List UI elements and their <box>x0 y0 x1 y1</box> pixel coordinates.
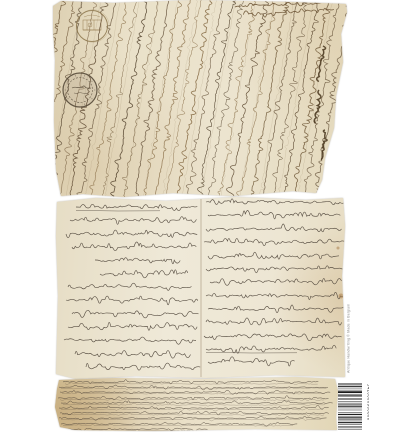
letter-middle <box>56 196 345 379</box>
letter-top <box>53 0 347 201</box>
letter-middle-wrapper <box>56 196 345 379</box>
postmark-stamp-icon <box>63 73 97 107</box>
handwriting-mid <box>56 196 345 379</box>
letter-top-wrapper <box>53 0 347 201</box>
credit-text: Antique Handwriting © Made in Belgium <box>347 298 351 373</box>
barcode-svg: 5420000900806 <box>338 382 369 432</box>
signature-flourish <box>314 90 322 124</box>
barcode: 5420000900806 <box>338 382 369 432</box>
header-lines <box>235 0 343 19</box>
letter-bottom-strip <box>55 377 338 432</box>
letter-bottom-strip-wrapper <box>55 377 338 432</box>
scan-canvas: Antique Handwriting © Made in Belgium 54… <box>0 0 400 432</box>
barcode-digits: 5420000900806 <box>367 384 370 421</box>
handwriting-top <box>53 0 347 201</box>
engraved-seal-icon <box>77 10 110 43</box>
signature-flourish <box>316 46 325 82</box>
handwriting-strip <box>55 377 338 432</box>
